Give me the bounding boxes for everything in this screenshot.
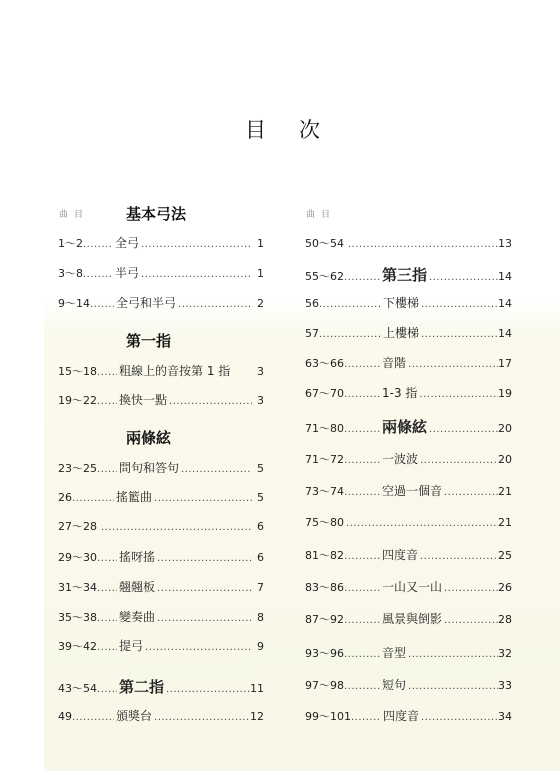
- piece-title: 翹翹板: [117, 578, 157, 595]
- dot-leader: [344, 487, 380, 498]
- page-number: 33: [498, 679, 512, 692]
- piece-number: 56: [305, 297, 319, 310]
- dot-leader: [421, 712, 498, 723]
- piece-number: 15～18: [58, 363, 97, 379]
- piece-title: 換快一點: [117, 391, 169, 408]
- page-number: 28: [498, 613, 512, 626]
- toc-row-section-third-finger[interactable]: 55～62 第三指 14: [305, 264, 512, 280]
- dot-leader: [181, 464, 252, 475]
- piece-title: 一波波: [380, 450, 420, 467]
- toc-row[interactable]: 56 下樓梯 14: [305, 294, 512, 310]
- piece-title: 音階: [380, 354, 408, 371]
- section-first-finger: 第一指: [126, 330, 171, 351]
- dot-leader: [344, 551, 380, 562]
- dot-leader: [344, 272, 380, 283]
- page-number: 5: [252, 462, 264, 475]
- toc-row[interactable]: 83～86 一山又一山 26: [305, 578, 512, 594]
- dot-leader: [72, 493, 114, 504]
- page-number: 5: [252, 491, 264, 504]
- piece-title: 短句: [380, 676, 408, 693]
- dot-leader: [83, 239, 113, 250]
- toc-row[interactable]: 3～8 半弓 1: [58, 264, 264, 280]
- dot-leader: [101, 522, 252, 533]
- dot-leader: [429, 424, 498, 435]
- toc-row[interactable]: 35～38 變奏曲 8: [58, 608, 264, 624]
- dot-leader: [154, 712, 250, 723]
- piece-title: 提弓: [117, 637, 145, 654]
- piece-number: 49: [58, 710, 72, 723]
- dot-leader: [421, 299, 498, 310]
- page-number: 12: [250, 710, 264, 723]
- dot-leader: [408, 649, 498, 660]
- dot-leader: [97, 396, 117, 407]
- dot-leader: [157, 553, 252, 564]
- section-two-strings: 兩條絃: [126, 427, 171, 448]
- toc-row[interactable]: 71～72 一波波 20: [305, 450, 512, 466]
- dot-leader: [141, 239, 252, 250]
- section-third-finger: 第三指: [380, 264, 429, 285]
- toc-row[interactable]: 50～54 13: [305, 235, 512, 251]
- dot-leader: [348, 239, 498, 250]
- piece-number: 35～38: [58, 609, 97, 625]
- piece-number: 55～62: [305, 268, 344, 284]
- dot-leader: [344, 424, 380, 435]
- piece-number: 19～22: [58, 392, 97, 408]
- piece-title: 1-3 指: [380, 384, 419, 401]
- dot-leader: [97, 464, 117, 475]
- page-number: 3: [252, 394, 264, 407]
- piece-title: 粗線上的音按第 1 指: [117, 362, 232, 379]
- toc-row[interactable]: 23～25 問句和答句 5: [58, 459, 264, 475]
- dot-leader: [351, 712, 381, 723]
- dot-leader: [90, 299, 114, 310]
- column-header-left: 曲目: [59, 207, 89, 220]
- dot-leader: [421, 329, 498, 340]
- dot-leader: [420, 455, 498, 466]
- dot-leader: [444, 615, 498, 626]
- dot-leader: [97, 583, 117, 594]
- dot-leader: [169, 396, 252, 407]
- page-number: 14: [498, 297, 512, 310]
- dot-leader: [166, 684, 250, 695]
- dot-leader: [83, 269, 113, 280]
- piece-number: 26: [58, 491, 72, 504]
- piece-title: 風景與倒影: [380, 610, 444, 627]
- piece-title: 空過一個音: [380, 482, 444, 499]
- piece-number: 83～86: [305, 579, 344, 595]
- page-number: 6: [252, 520, 264, 533]
- piece-title: 問句和答句: [117, 459, 181, 476]
- toc-row[interactable]: 26 搖籃曲 5: [58, 488, 264, 504]
- toc-row[interactable]: 9～14 全弓和半弓 2: [58, 294, 264, 310]
- dot-leader: [344, 583, 380, 594]
- piece-number: 29～30: [58, 549, 97, 565]
- page-number: 17: [498, 357, 512, 370]
- toc-row[interactable]: 93～96 音型 32: [305, 644, 512, 660]
- piece-number: 9～14: [58, 295, 90, 311]
- piece-number: 50～54: [305, 235, 344, 251]
- dot-leader: [154, 493, 252, 504]
- page-number: 21: [498, 516, 512, 529]
- piece-number: 23～25: [58, 460, 97, 476]
- toc-row[interactable]: 1～2 全弓 1: [58, 234, 264, 250]
- piece-title: 下樓梯: [381, 294, 421, 311]
- piece-number: 31～34: [58, 579, 97, 595]
- piece-number: 99～101: [305, 708, 351, 724]
- page-number: 7: [252, 581, 264, 594]
- piece-number: 73～74: [305, 483, 344, 499]
- dot-leader: [97, 553, 117, 564]
- dot-leader: [429, 272, 498, 283]
- piece-number: 39～42: [58, 638, 97, 654]
- toc-row[interactable]: 29～30 搖呀搖 6: [58, 548, 264, 564]
- piece-title: 頒獎台: [114, 707, 154, 724]
- dot-leader: [157, 613, 252, 624]
- piece-number: 67～70: [305, 385, 344, 401]
- dot-leader: [444, 583, 498, 594]
- page-number: 6: [252, 551, 264, 564]
- toc-row[interactable]: 73～74 空過一個音 21: [305, 482, 512, 498]
- piece-number: 1～2: [58, 235, 83, 251]
- page-number: 26: [498, 581, 512, 594]
- page-number: 20: [498, 453, 512, 466]
- dot-leader: [97, 613, 117, 624]
- dot-leader: [444, 487, 498, 498]
- dot-leader: [344, 359, 380, 370]
- piece-number: 27～28: [58, 518, 97, 534]
- toc-row[interactable]: 39～42 提弓 9: [58, 637, 264, 653]
- dot-leader: [344, 649, 380, 660]
- piece-title: 音型: [380, 644, 408, 661]
- page-number: 32: [498, 647, 512, 660]
- toc-row[interactable]: 99～101 四度音 34: [305, 707, 512, 723]
- toc-row[interactable]: 81～82 四度音 25: [305, 546, 512, 562]
- piece-number: 3～8: [58, 265, 83, 281]
- page-number: 20: [498, 422, 512, 435]
- piece-title: 搖呀搖: [117, 548, 157, 565]
- piece-number: 97～98: [305, 677, 344, 693]
- piece-number: 75～80: [305, 514, 344, 530]
- toc-row[interactable]: 27～28 6: [58, 518, 264, 534]
- dot-leader: [346, 518, 498, 529]
- piece-number: 63～66: [305, 355, 344, 371]
- dot-leader: [97, 367, 117, 378]
- piece-number: 43～54: [58, 680, 97, 696]
- piece-number: 93～96: [305, 645, 344, 661]
- toc-row[interactable]: 15～18 粗線上的音按第 1 指 3: [58, 362, 264, 378]
- page-number: 19: [498, 387, 512, 400]
- toc-row[interactable]: 57 上樓梯 14: [305, 324, 512, 340]
- page-number: 9: [252, 640, 264, 653]
- toc-row[interactable]: 31～34 翹翹板 7: [58, 578, 264, 594]
- dot-leader: [97, 684, 117, 695]
- toc-row[interactable]: 67～70 1-3 指 19: [305, 384, 512, 400]
- piece-title: 全弓: [113, 234, 141, 251]
- page-number: 3: [252, 365, 264, 378]
- column-header-right: 曲目: [306, 207, 336, 220]
- title-char-1: 目: [245, 114, 266, 144]
- toc-row[interactable]: 97～98 短句 33: [305, 676, 512, 692]
- dot-leader: [178, 299, 252, 310]
- page-number: 21: [498, 485, 512, 498]
- piece-title: 四度音: [380, 546, 420, 563]
- page-number: 14: [498, 327, 512, 340]
- toc-row[interactable]: 75～80 21: [305, 514, 512, 530]
- piece-title: 上樓梯: [381, 324, 421, 341]
- toc-row[interactable]: 49 頒獎台 12: [58, 707, 264, 723]
- piece-number: 71～80: [305, 420, 344, 436]
- page-number: 13: [498, 237, 512, 250]
- piece-title: 搖籃曲: [114, 488, 154, 505]
- dot-leader: [145, 642, 252, 653]
- section-basic-bowing: 基本弓法: [126, 203, 186, 224]
- page-number: 34: [498, 710, 512, 723]
- dot-leader: [72, 712, 114, 723]
- dot-leader: [319, 329, 381, 340]
- toc-row[interactable]: 63～66 音階 17: [305, 354, 512, 370]
- piece-title: 一山又一山: [380, 578, 444, 595]
- dot-leader: [319, 299, 381, 310]
- page-number: 2: [252, 297, 264, 310]
- dot-leader: [344, 389, 380, 400]
- piece-title: 變奏曲: [117, 608, 157, 625]
- dot-leader: [141, 269, 252, 280]
- dot-leader: [344, 455, 380, 466]
- page-number: 14: [498, 270, 512, 283]
- page-number: 1: [252, 237, 264, 250]
- dot-leader: [344, 681, 380, 692]
- piece-title: 四度音: [381, 707, 421, 724]
- piece-number: 87～92: [305, 611, 344, 627]
- section-second-finger: 第二指: [117, 676, 166, 697]
- page-number: 8: [252, 611, 264, 624]
- piece-title: 全弓和半弓: [114, 294, 178, 311]
- page-number: 11: [250, 682, 264, 695]
- dot-leader: [420, 551, 498, 562]
- section-two-strings-2: 兩條絃: [380, 416, 429, 437]
- toc-row[interactable]: 19～22 換快一點 3: [58, 391, 264, 407]
- dot-leader: [97, 642, 117, 653]
- dot-leader: [344, 615, 380, 626]
- toc-row[interactable]: 87～92 風景與倒影 28: [305, 610, 512, 626]
- piece-title: 半弓: [113, 264, 141, 281]
- dot-leader: [157, 583, 252, 594]
- page-number: 25: [498, 549, 512, 562]
- toc-row-section-second-finger[interactable]: 43～54 第二指 11: [58, 676, 264, 692]
- dot-leader: [408, 681, 498, 692]
- dot-leader: [408, 359, 498, 370]
- page-number: 1: [252, 267, 264, 280]
- dot-leader: [419, 389, 498, 400]
- title-char-2: 次: [299, 114, 320, 144]
- piece-number: 71～72: [305, 451, 344, 467]
- piece-number: 81～82: [305, 547, 344, 563]
- piece-number: 57: [305, 327, 319, 340]
- toc-row-section-two-strings[interactable]: 71～80 兩條絃 20: [305, 416, 512, 432]
